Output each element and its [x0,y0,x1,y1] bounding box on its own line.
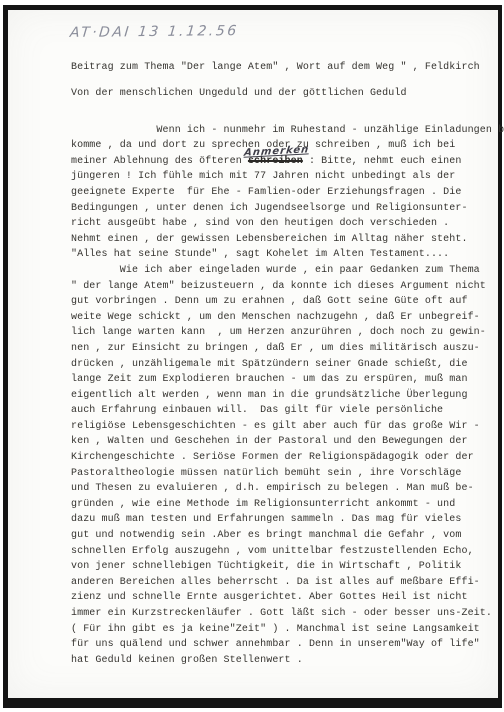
document-subtitle: Von der menschlichen Ungeduld und der gö… [71,86,407,102]
handwritten-correction-note: Anmerken [243,142,310,161]
scan-border-frame: AT·DAI 13 1.12.56 Beitrag zum Thema "Der… [3,5,502,708]
correction-area: schreibenAnmerken [248,156,303,167]
paragraph-2: Wie ich aber eingeladen wurde , ein paar… [71,265,492,666]
handwritten-archive-note: AT·DAI 13 1.12.56 [69,23,239,41]
document-body: Wenn ich - nunmehr im Ruhestand - unzähl… [71,107,501,684]
document-title: Beitrag zum Thema "Der lange Atem" , Wor… [71,60,480,76]
scanned-document: AT·DAI 13 1.12.56 Beitrag zum Thema "Der… [0,0,504,712]
paragraph-1-end: : Bitte, nehmt euch einen jüngeren ! Ich… [71,156,468,261]
